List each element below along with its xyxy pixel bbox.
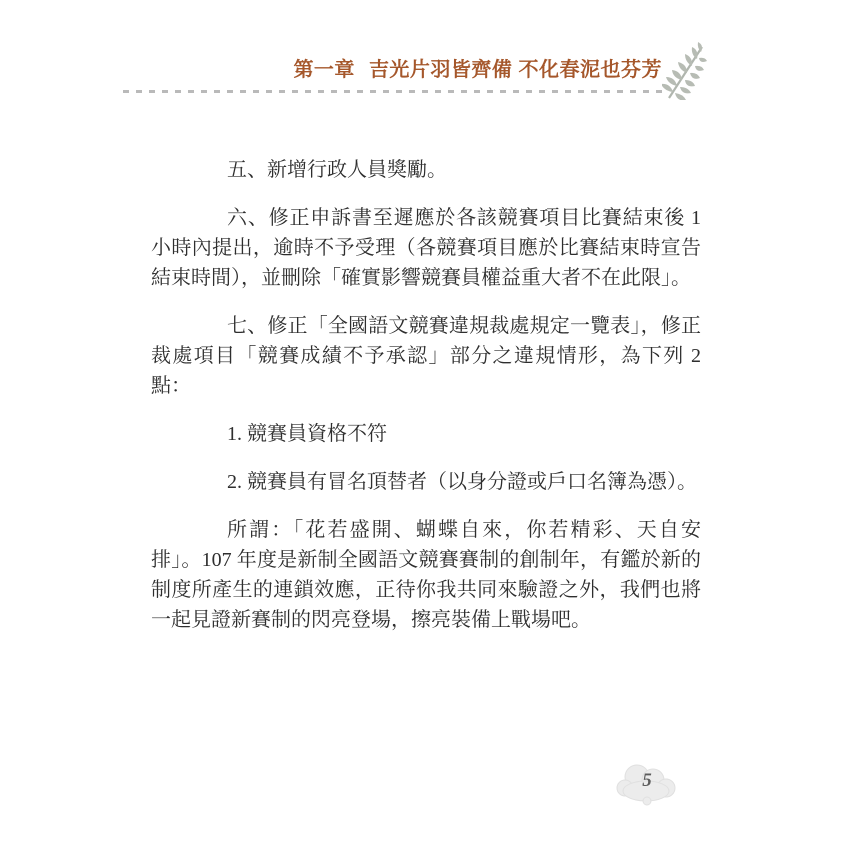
- chapter-header: 第一章吉光片羽皆齊備 不化春泥也芬芳: [293, 58, 662, 82]
- paragraph-sub-2: 2. 競賽員有冒名頂替者（以身分證或戶口名簿為憑）。: [151, 467, 701, 497]
- paragraph-sub-1: 1. 競賽員資格不符: [151, 419, 701, 449]
- paragraph-item-7: 七、修正「全國語文競賽違規裁處規定一覽表」，修正裁處項目「競賽成績不予承認」部分…: [151, 311, 701, 401]
- page-text: 五、新增行政人員獎勵。 六、修正申訴書至遲應於各該競賽項目比賽結束後 1 小時內…: [151, 155, 701, 653]
- paragraph-closing: 所謂：「花若盛開、蝴蝶自來，你若精彩、天自安排」。107 年度是新制全國語文競賽…: [151, 515, 701, 635]
- book-page: 第一章吉光片羽皆齊備 不化春泥也芬芳: [0, 0, 850, 850]
- header-dashed-rule: [123, 90, 662, 93]
- chapter-number: 第一章: [293, 59, 355, 81]
- cloud-page-number-badge: 5: [613, 763, 681, 807]
- paragraph-item-6: 六、修正申訴書至遲應於各該競賽項目比賽結束後 1 小時內提出，逾時不予受理（各競…: [151, 203, 701, 293]
- fern-leaf-icon: [662, 42, 708, 100]
- page-number: 5: [613, 770, 681, 792]
- paragraph-item-5: 五、新增行政人員獎勵。: [151, 155, 701, 185]
- chapter-title: 吉光片羽皆齊備 不化春泥也芬芳: [369, 59, 662, 81]
